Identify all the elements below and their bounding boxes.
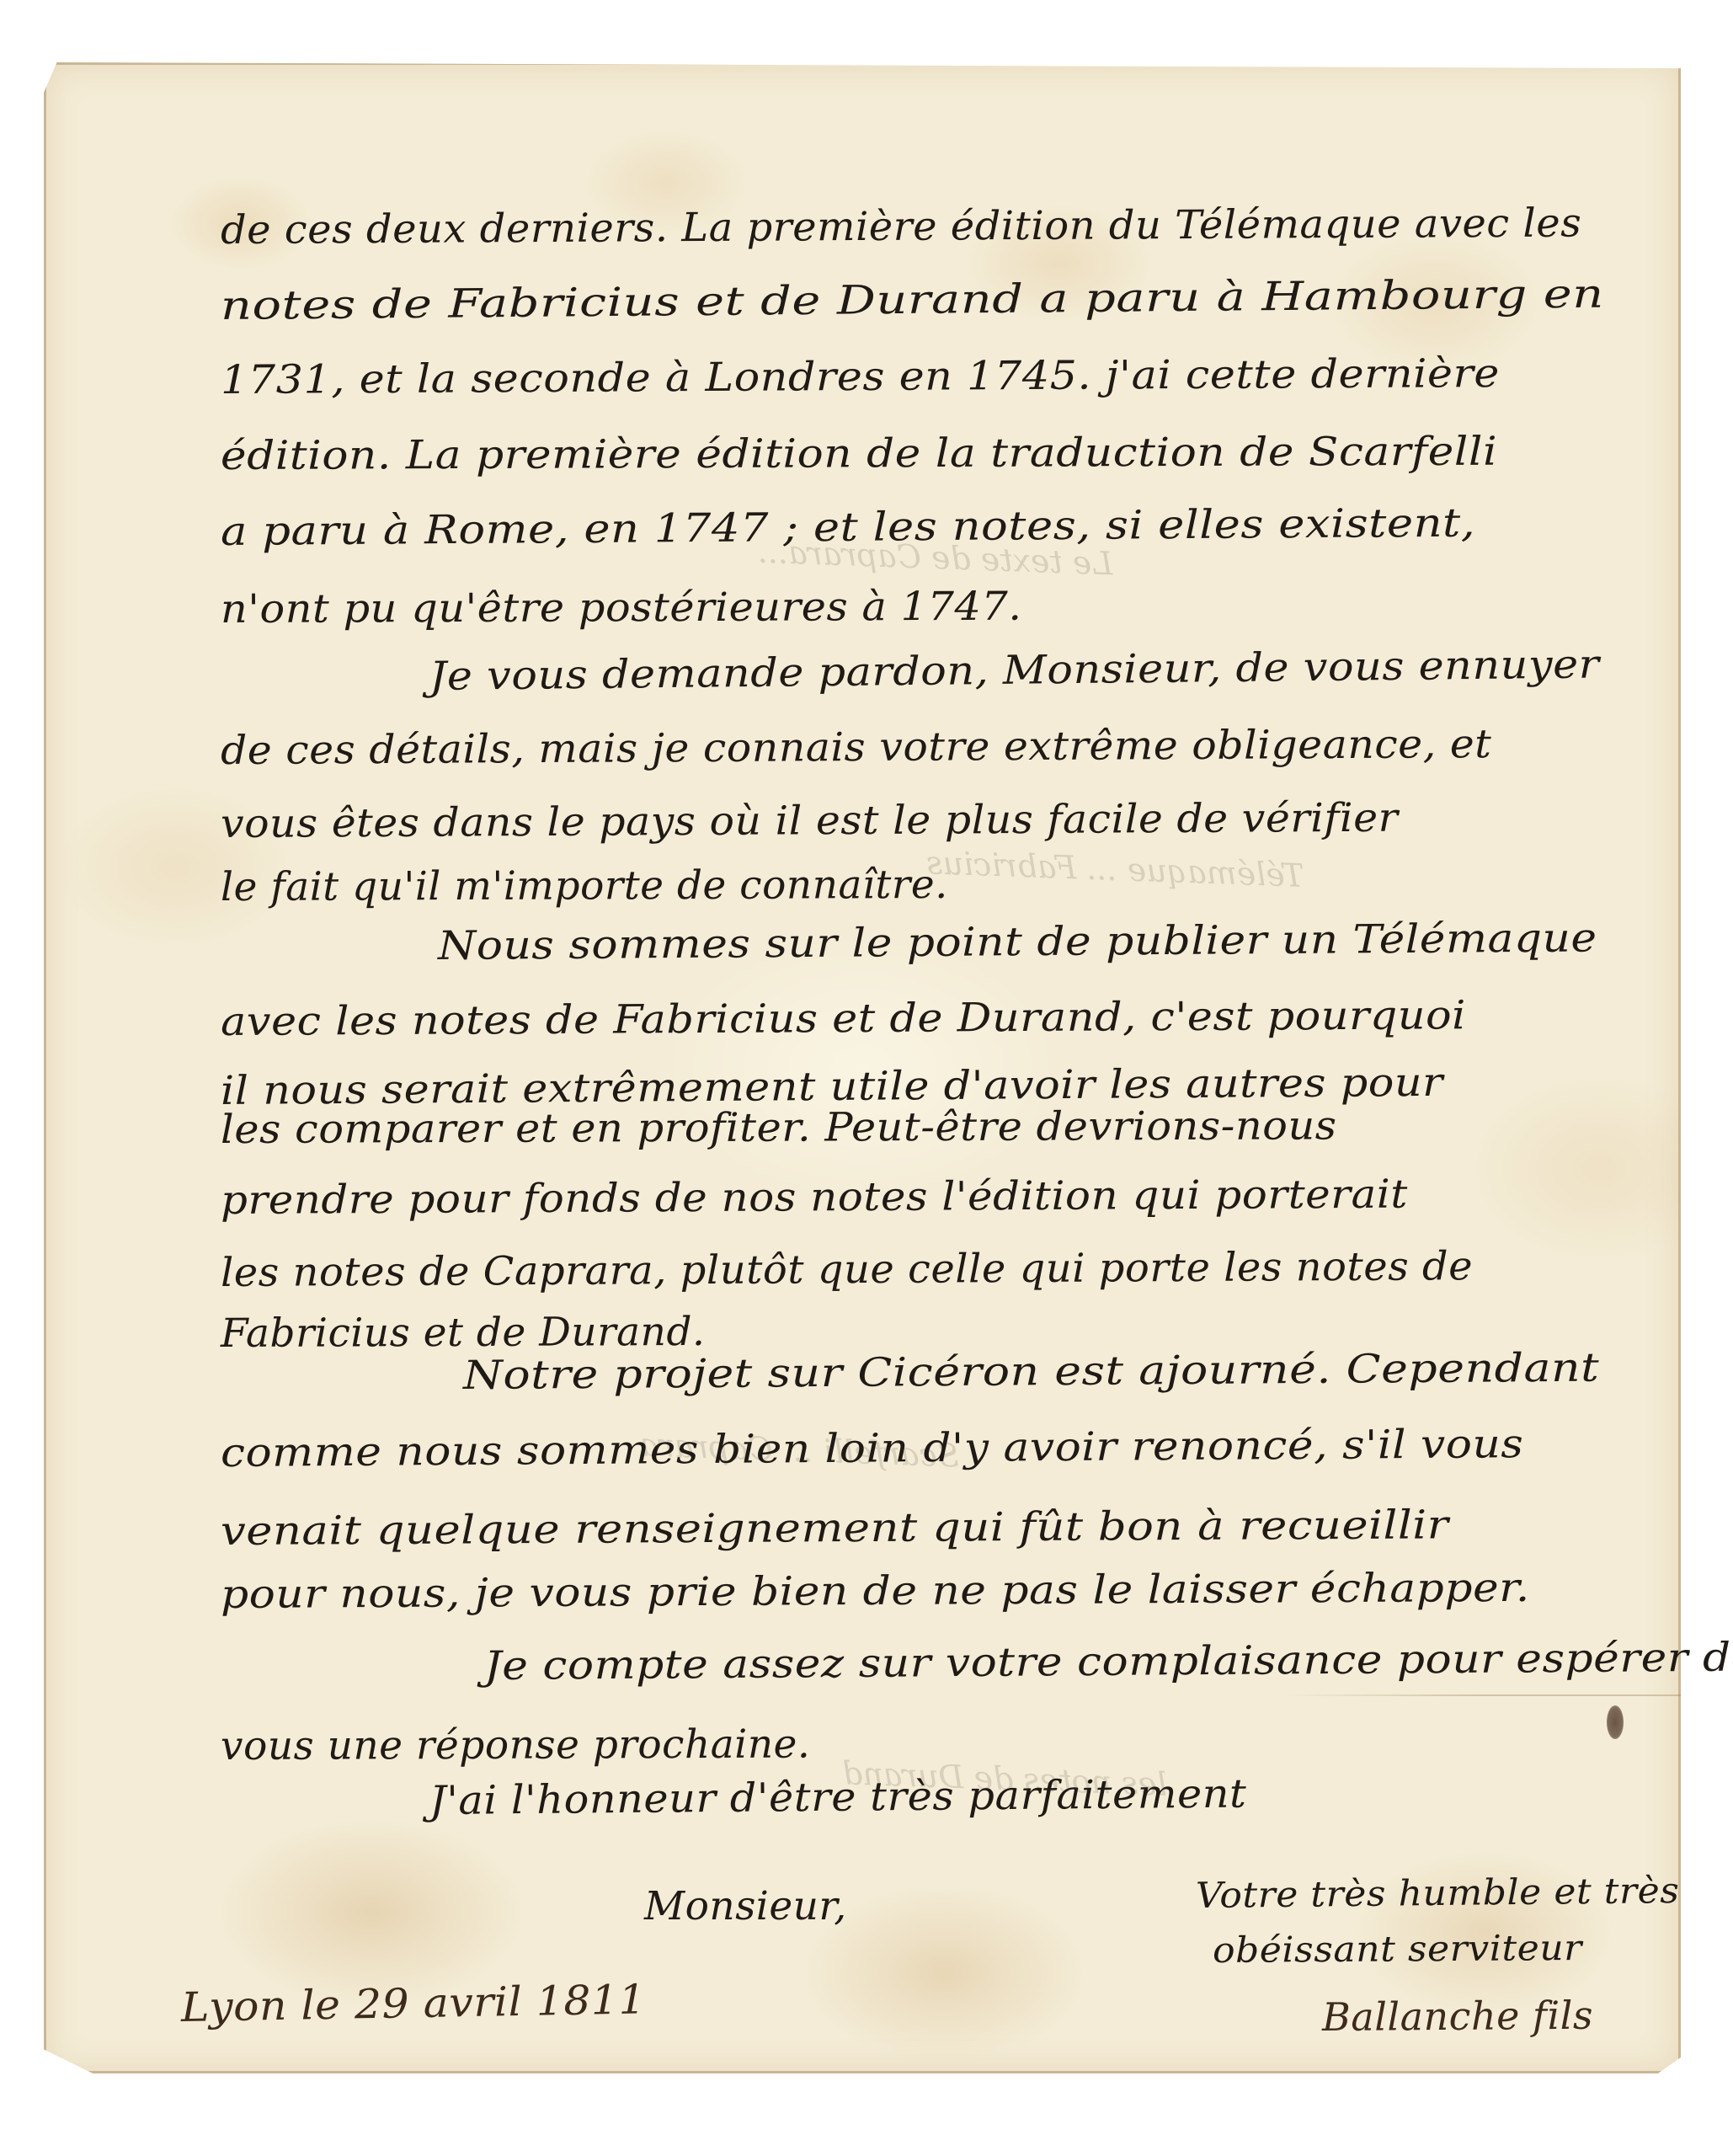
- body-line: les notes de Caprara, plutôt que celle q…: [221, 1246, 1473, 1293]
- body-line: le fait qu'il m'importe de connaître.: [221, 865, 948, 907]
- body-line: venait quelque renseignement qui fût bon…: [221, 1505, 1449, 1551]
- body-line: a paru à Rome, en 1747 ; et les notes, s…: [221, 504, 1475, 552]
- body-line: les comparer et en profiter. Peut-être d…: [221, 1106, 1337, 1150]
- body-line: Je compte assez sur votre complaisance p…: [484, 1637, 1733, 1686]
- fold-crease: [1280, 1694, 1681, 1696]
- body-line: de ces détails, mais je connais votre ex…: [221, 724, 1492, 771]
- signoff-line-1: Votre très humble et très: [1196, 1873, 1680, 1913]
- body-line: Nous sommes sur le point de publier un T…: [438, 918, 1597, 966]
- closing-formula: J'ai l'honneur d'être très parfaitement: [429, 1774, 1247, 1821]
- signoff-line-2: obéissant serviteur: [1213, 1930, 1582, 1968]
- body-line: édition. La première édition de la tradu…: [221, 432, 1497, 476]
- body-line: n'ont pu qu'être postérieures à 1747.: [221, 587, 1022, 629]
- body-line: comme nous sommes bien loin d'y avoir re…: [221, 1424, 1524, 1473]
- body-line: Fabricius et de Durand.: [221, 1312, 706, 1353]
- ink-blot: [1607, 1705, 1624, 1739]
- body-line: 1731, et la seconde à Londres en 1745. j…: [221, 354, 1500, 400]
- body-line: de ces deux derniers. La première éditio…: [221, 204, 1582, 250]
- body-line: prendre pour fonds de nos notes l'éditio…: [221, 1175, 1408, 1220]
- dateline: Lyon le 29 avril 1811: [181, 1979, 647, 2028]
- salutation: Monsieur,: [644, 1886, 847, 1926]
- body-line: vous une réponse prochaine.: [221, 1725, 810, 1766]
- body-line: pour nous, je vous prie bien de ne pas l…: [221, 1568, 1530, 1614]
- body-line: Je vous demande pardon, Monsieur, de vou…: [429, 644, 1600, 696]
- body-line: avec les notes de Fabricius et de Durand…: [221, 995, 1466, 1042]
- body-line: vous êtes dans le pays où il est le plus…: [221, 798, 1399, 844]
- body-line: Notre projet sur Cicéron est ajourné. Ce…: [463, 1348, 1600, 1396]
- body-line: notes de Fabricius et de Durand a paru à…: [221, 275, 1604, 326]
- signature: Ballanche fils: [1322, 1996, 1593, 2036]
